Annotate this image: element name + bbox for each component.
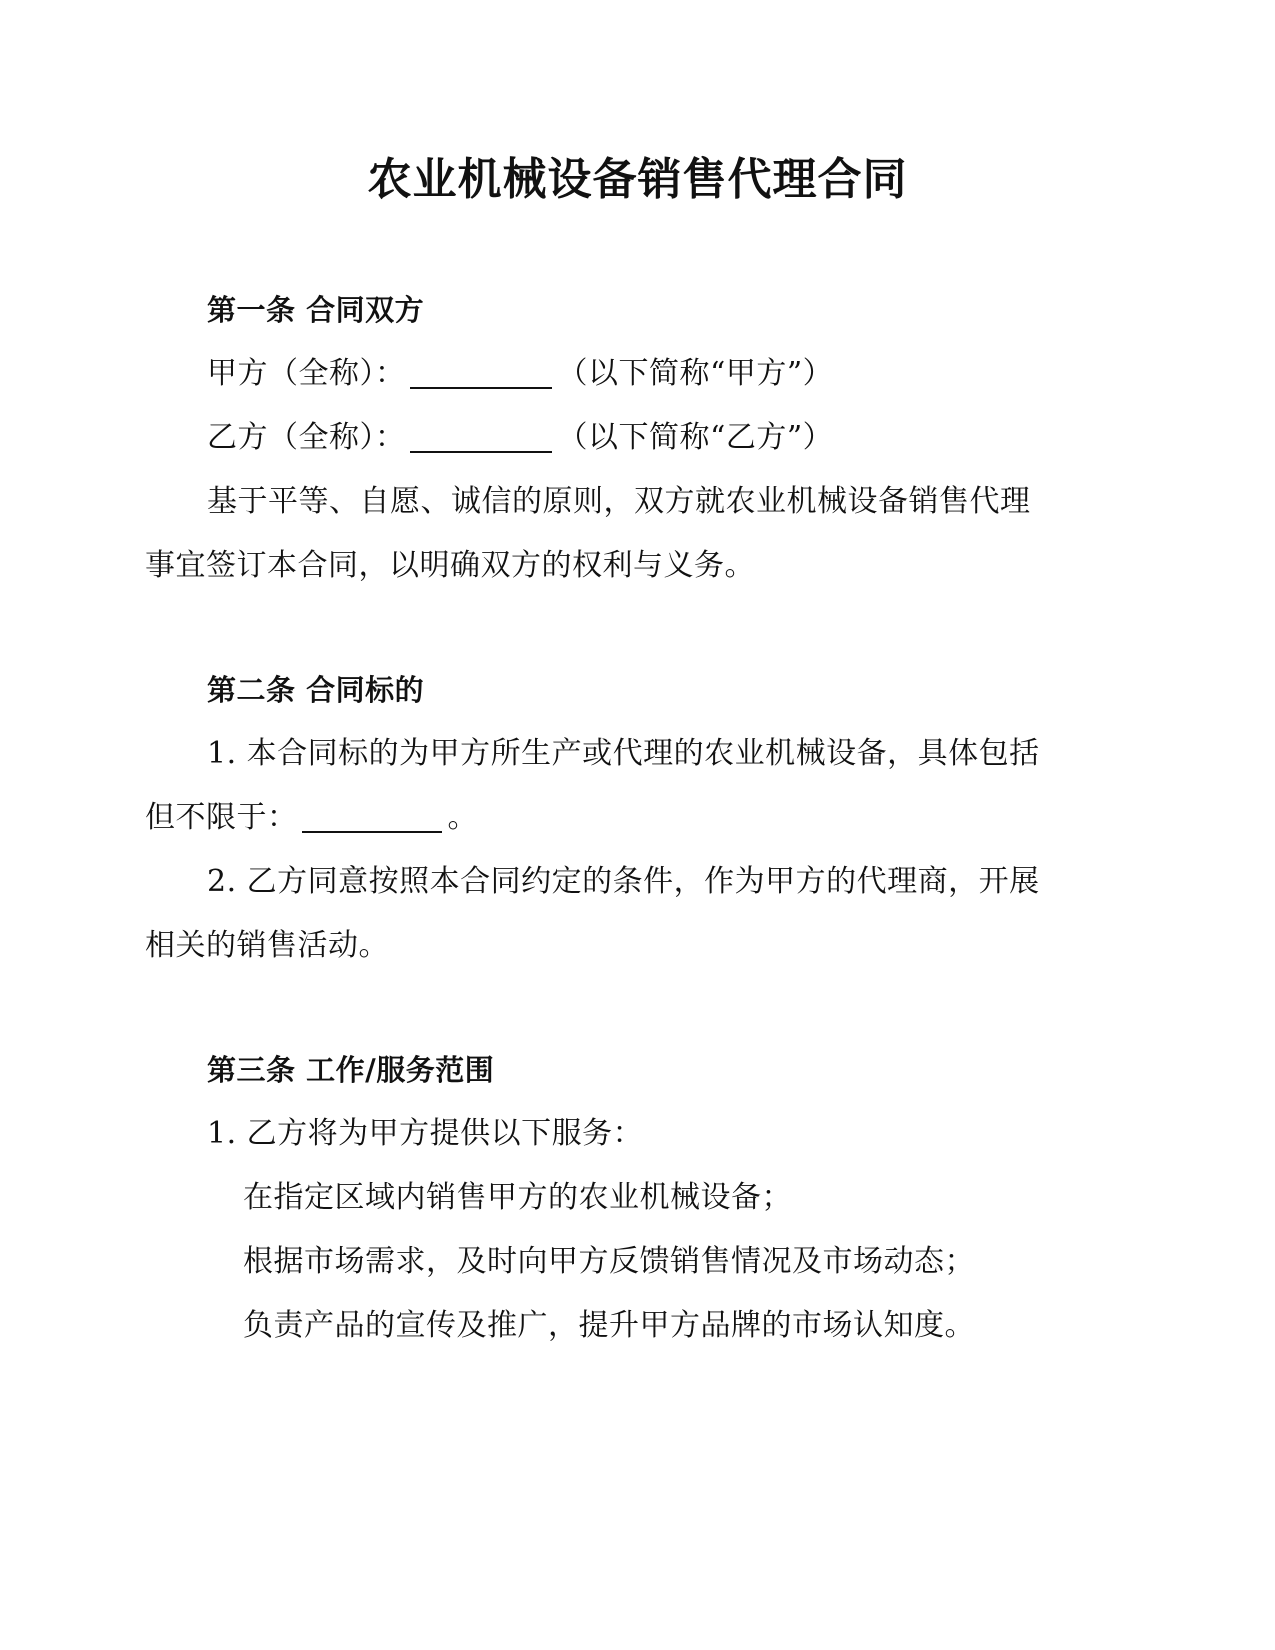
document-title: 农业机械设备销售代理合同 bbox=[0, 152, 1275, 208]
party-a-label: 甲方（全称）： bbox=[207, 356, 406, 391]
subject-item-2-line-2: 相关的销售活动。 bbox=[145, 926, 389, 966]
section-heading-2: 第二条 合同标的 bbox=[207, 670, 424, 710]
scope-item-1: 1. 乙方将为甲方提供以下服务： bbox=[207, 1114, 643, 1154]
subject-item-1-line-2: 但不限于：。 bbox=[145, 798, 478, 838]
equipment-list-field[interactable] bbox=[302, 801, 442, 833]
party-b-suffix: （以下简称“乙方”） bbox=[558, 420, 834, 455]
intro-paragraph-line-1: 基于平等、自愿、诚信的原则，双方就农业机械设备销售代理 bbox=[207, 482, 1031, 522]
document-page: 农业机械设备销售代理合同 第一条 合同双方 甲方（全称）：（以下简称“甲方”） … bbox=[0, 0, 1275, 1650]
party-b-label: 乙方（全称）： bbox=[207, 420, 406, 455]
party-a-line: 甲方（全称）：（以下简称“甲方”） bbox=[207, 354, 833, 394]
party-b-name-field[interactable] bbox=[410, 421, 552, 453]
service-list-item: 在指定区域内销售甲方的农业机械设备； bbox=[243, 1178, 792, 1218]
subject-item-1-suffix: 。 bbox=[448, 800, 479, 835]
subject-item-1-line-1: 1. 本合同标的为甲方所生产或代理的农业机械设备，具体包括 bbox=[207, 734, 1040, 774]
service-list-item: 根据市场需求，及时向甲方反馈销售情况及市场动态； bbox=[243, 1242, 975, 1282]
subject-item-1-prefix: 但不限于： bbox=[145, 800, 298, 835]
subject-item-2-line-1: 2. 乙方同意按照本合同约定的条件，作为甲方的代理商，开展 bbox=[207, 862, 1040, 902]
intro-paragraph-line-2: 事宜签订本合同，以明确双方的权利与义务。 bbox=[145, 546, 755, 586]
service-list-item: 负责产品的宣传及推广，提升甲方品牌的市场认知度。 bbox=[243, 1306, 975, 1346]
party-a-suffix: （以下简称“甲方”） bbox=[558, 356, 834, 391]
section-heading-3: 第三条 工作/服务范围 bbox=[207, 1050, 494, 1090]
party-a-name-field[interactable] bbox=[410, 357, 552, 389]
section-heading-1: 第一条 合同双方 bbox=[207, 290, 424, 330]
party-b-line: 乙方（全称）：（以下简称“乙方”） bbox=[207, 418, 833, 458]
